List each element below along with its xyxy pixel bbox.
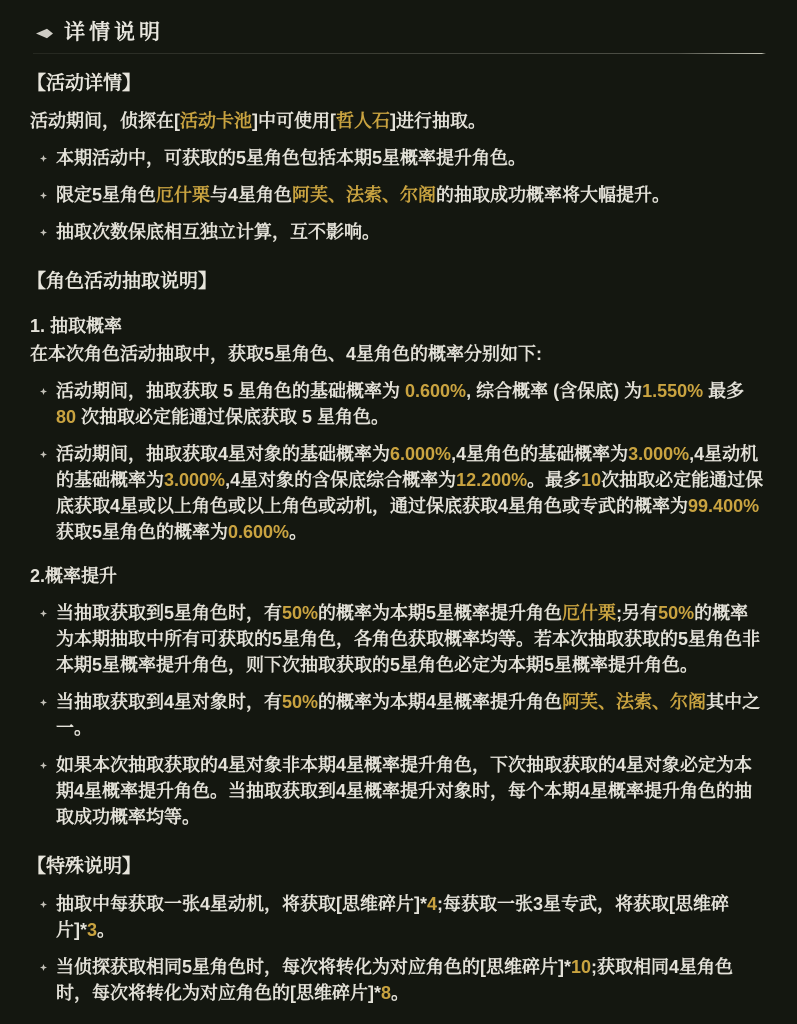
text-segment: 2.概率提升	[30, 566, 117, 586]
sub-heading: 2.概率提升	[30, 563, 765, 589]
bullet-diamond-icon	[40, 192, 47, 199]
bullet-text: 当侦探获取相同5星角色时，每次将转化为对应角色的[思维碎片]*10;获取相同4星…	[56, 954, 765, 1006]
bullet-text: 活动期间，抽取获取 5 星角色的基础概率为 0.600%, 综合概率 (含保底)…	[56, 378, 765, 430]
text-segment: 。	[97, 920, 115, 940]
text-segment: 次抽取必定能通过保底获取 5 星角色。	[76, 407, 389, 427]
header-divider	[33, 53, 766, 54]
bullet-text: 如果本次抽取获取的4星对象非本期4星概率提升角色，下次抽取获取的4星对象必定为本…	[56, 752, 765, 830]
highlight-text: 1.550%	[642, 381, 703, 401]
text-segment: ]中可使用[	[252, 111, 336, 131]
text-segment: 当侦探获取相同5星角色时，每次将转化为对应角色的[思维碎片]*	[56, 957, 571, 977]
text-segment: 最多	[703, 381, 744, 401]
section-heading: 【角色活动抽取说明】	[27, 269, 765, 295]
text-segment: 限定5星角色	[56, 185, 156, 205]
section-heading: 【活动详情】	[27, 71, 765, 97]
text-segment: 抽取中每获取一张4星动机，将获取[思维碎片]*	[56, 894, 427, 914]
highlight-text: 厄什栗	[156, 185, 210, 205]
highlight-text: 10	[571, 957, 591, 977]
highlight-text: 3.000%	[164, 470, 225, 490]
text-segment: 抽取次数保底相互独立计算，互不影响。	[56, 222, 380, 242]
text-segment: 活动期间，抽取获取4星对象的基础概率为	[56, 444, 390, 464]
pointer-diamond-icon	[36, 28, 53, 39]
sub-heading: 1. 抽取概率	[30, 313, 765, 339]
highlight-text: 哲人石	[336, 111, 390, 131]
highlight-text: 活动卡池	[180, 111, 252, 131]
bullet-item: 抽取次数保底相互独立计算，互不影响。	[30, 219, 765, 245]
bullet-diamond-icon	[40, 699, 47, 706]
highlight-text: 80	[56, 407, 76, 427]
highlight-text: 厄什栗	[562, 603, 616, 623]
highlight-text: 0.600%	[405, 381, 466, 401]
highlight-text: 50%	[282, 692, 318, 712]
text-segment: ]进行抽取。	[390, 111, 486, 131]
text-segment: 。	[391, 983, 409, 1003]
highlight-text: 6.000%	[390, 444, 451, 464]
text-segment: 活动期间，侦探在[	[30, 111, 180, 131]
bullet-text: 当抽取获取到4星对象时，有50%的概率为本期4星概率提升角色阿芙、法索、尔阁其中…	[56, 689, 765, 741]
bullet-diamond-icon	[40, 610, 47, 617]
bullet-item: 当抽取获取到5星角色时，有50%的概率为本期5星概率提升角色厄什栗;另有50%的…	[30, 600, 765, 678]
text-segment: 。最多	[527, 470, 581, 490]
highlight-text: 4	[427, 894, 437, 914]
text-segment: , 综合概率 (含保底) 为	[466, 381, 642, 401]
text-segment: 如果本次抽取获取的4星对象非本期4星概率提升角色，下次抽取获取的4星对象必定为本…	[56, 755, 752, 827]
text-segment: 与4星角色	[210, 185, 292, 205]
text-segment: 活动期间，抽取获取 5 星角色的基础概率为	[56, 381, 405, 401]
bullet-text: 当抽取获取到5星角色时，有50%的概率为本期5星概率提升角色厄什栗;另有50%的…	[56, 600, 765, 678]
text-segment: 。	[289, 522, 307, 542]
highlight-text: 10	[581, 470, 601, 490]
details-header: 详情说明	[30, 20, 765, 46]
bullet-text: 抽取次数保底相互独立计算，互不影响。	[56, 219, 380, 245]
text-segment: 当抽取获取到4星对象时，有	[56, 692, 282, 712]
text-segment: ;另有	[616, 603, 658, 623]
text-segment: 在本次角色活动抽取中，获取5星角色、4星角色的概率分别如下:	[30, 344, 542, 364]
text-segment: 获取5星角色的概率为	[56, 522, 228, 542]
text-segment: 当抽取获取到5星角色时，有	[56, 603, 282, 623]
details-content: 【活动详情】活动期间，侦探在[活动卡池]中可使用[哲人石]进行抽取。本期活动中，…	[30, 71, 765, 1006]
bullet-text: 本期活动中，可获取的5星角色包括本期5星概率提升角色。	[56, 145, 526, 171]
paragraph: 活动期间，侦探在[活动卡池]中可使用[哲人石]进行抽取。	[30, 108, 765, 134]
highlight-text: 8	[381, 983, 391, 1003]
bullet-item: 如果本次抽取获取的4星对象非本期4星概率提升角色，下次抽取获取的4星对象必定为本…	[30, 752, 765, 830]
bullet-text: 抽取中每获取一张4星动机，将获取[思维碎片]*4;每获取一张3星专武，将获取[思…	[56, 891, 765, 943]
bullet-item: 本期活动中，可获取的5星角色包括本期5星概率提升角色。	[30, 145, 765, 171]
page-title: 详情说明	[64, 20, 164, 46]
bullet-diamond-icon	[40, 155, 47, 162]
bullet-item: 当侦探获取相同5星角色时，每次将转化为对应角色的[思维碎片]*10;获取相同4星…	[30, 954, 765, 1006]
highlight-text: 50%	[658, 603, 694, 623]
bullet-diamond-icon	[40, 964, 47, 971]
bullet-item: 限定5星角色厄什栗与4星角色阿芙、法索、尔阁的抽取成功概率将大幅提升。	[30, 182, 765, 208]
bullet-diamond-icon	[40, 762, 47, 769]
bullet-text: 活动期间，抽取获取4星对象的基础概率为6.000%,4星角色的基础概率为3.00…	[56, 441, 765, 545]
bullet-text: 限定5星角色厄什栗与4星角色阿芙、法索、尔阁的抽取成功概率将大幅提升。	[56, 182, 670, 208]
highlight-text: 0.600%	[228, 522, 289, 542]
text-segment: ,4星角色的基础概率为	[451, 444, 628, 464]
bullet-diamond-icon	[40, 451, 47, 458]
text-segment: 1. 抽取概率	[30, 316, 122, 336]
highlight-text: 99.400%	[688, 496, 759, 516]
highlight-text: 3.000%	[628, 444, 689, 464]
text-segment: 的概率为本期5星概率提升角色	[318, 603, 562, 623]
details-panel[interactable]: 详情说明 【活动详情】活动期间，侦探在[活动卡池]中可使用[哲人石]进行抽取。本…	[0, 0, 797, 1024]
text-segment: 的概率为本期4星概率提升角色	[318, 692, 562, 712]
paragraph: 在本次角色活动抽取中，获取5星角色、4星角色的概率分别如下:	[30, 341, 765, 367]
text-segment: ,4星对象的含保底综合概率为	[225, 470, 456, 490]
highlight-text: 50%	[282, 603, 318, 623]
highlight-text: 阿芙、法索、尔阁	[292, 185, 436, 205]
bullet-diamond-icon	[40, 388, 47, 395]
bullet-item: 活动期间，抽取获取 5 星角色的基础概率为 0.600%, 综合概率 (含保底)…	[30, 378, 765, 430]
highlight-text: 3	[87, 920, 97, 940]
section-heading: 【特殊说明】	[27, 854, 765, 880]
bullet-diamond-icon	[40, 229, 47, 236]
bullet-diamond-icon	[40, 901, 47, 908]
bullet-item: 活动期间，抽取获取4星对象的基础概率为6.000%,4星角色的基础概率为3.00…	[30, 441, 765, 545]
text-segment: 的抽取成功概率将大幅提升。	[436, 185, 670, 205]
bullet-item: 抽取中每获取一张4星动机，将获取[思维碎片]*4;每获取一张3星专武，将获取[思…	[30, 891, 765, 943]
bullet-item: 当抽取获取到4星对象时，有50%的概率为本期4星概率提升角色阿芙、法索、尔阁其中…	[30, 689, 765, 741]
highlight-text: 阿芙、法索、尔阁	[562, 692, 706, 712]
text-segment: 本期活动中，可获取的5星角色包括本期5星概率提升角色。	[56, 148, 526, 168]
highlight-text: 12.200%	[456, 470, 527, 490]
